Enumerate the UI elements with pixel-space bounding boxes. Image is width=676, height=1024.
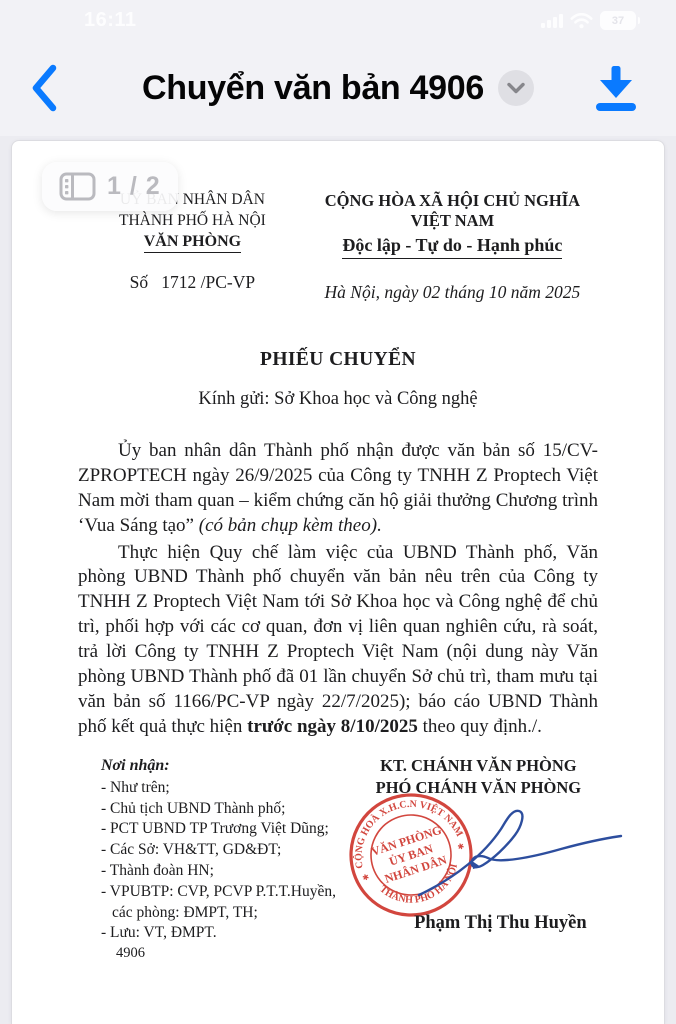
recipient-item: - Các Sở: VH&TT, GD&ĐT; bbox=[101, 840, 359, 861]
document-number: Số 1712 /PC-VP bbox=[78, 272, 307, 293]
page-indicator-text: 1 / 2 bbox=[107, 172, 161, 201]
back-button[interactable] bbox=[26, 62, 66, 114]
national-motto-block: CỘNG HÒA XÃ HỘI CHỦ NGHĨA VIỆT NAM Độc l… bbox=[307, 191, 598, 303]
download-button[interactable] bbox=[590, 64, 642, 114]
handwritten-signature bbox=[411, 801, 627, 903]
chevron-left-icon bbox=[26, 62, 66, 114]
wifi-icon bbox=[570, 13, 593, 29]
document-page: UỶ BAN NHÂN DÂN THÀNH PHỐ HÀ NỘI VĂN PHÒ… bbox=[11, 140, 665, 1024]
recipient-item: - PCT UBND TP Trương Việt Dũng; bbox=[101, 819, 359, 840]
recipient-item: - Lưu: VT, ĐMPT. bbox=[101, 923, 359, 944]
status-icons: 37 bbox=[541, 11, 636, 30]
recipients-block: Nơi nhận: - Như trên; - Chủ tịch UBND Th… bbox=[78, 755, 359, 964]
agency-office: VĂN PHÒNG bbox=[78, 233, 307, 251]
clock: 16:11 bbox=[84, 9, 137, 32]
navigation-bar: Chuyển văn bản 4906 bbox=[0, 40, 676, 136]
thumbnails-icon bbox=[59, 172, 96, 201]
cellular-signal-icon bbox=[541, 13, 563, 28]
recipient-item: - Như trên; bbox=[101, 778, 359, 799]
date-line: Hà Nội, ngày 02 tháng 10 năm 2025 bbox=[307, 282, 598, 303]
document-title-menu[interactable]: Chuyển văn bản 4906 bbox=[142, 69, 534, 108]
agency-city: THÀNH PHỐ HÀ NỘI bbox=[78, 212, 307, 230]
recipient-item: - Thành đoàn HN; bbox=[101, 861, 359, 882]
recipients-label: Nơi nhận: bbox=[101, 755, 359, 776]
title-menu-button[interactable] bbox=[498, 70, 534, 106]
page-title: Chuyển văn bản 4906 bbox=[142, 69, 484, 108]
document-type-title: PHIẾU CHUYỂN bbox=[78, 349, 598, 371]
recipient-item: - VPUBTP: CVP, PCVP P.T.T.Huyền, bbox=[101, 882, 359, 903]
status-bar: 16:11 37 bbox=[0, 0, 676, 40]
battery-icon: 37 bbox=[600, 11, 636, 30]
page-indicator-badge[interactable]: 1 / 2 bbox=[42, 162, 178, 211]
chevron-down-icon bbox=[507, 82, 525, 94]
recipient-item: các phòng: ĐMPT, TH; bbox=[101, 903, 359, 924]
national-title: CỘNG HÒA XÃ HỘI CHỦ NGHĨA VIỆT NAM bbox=[307, 191, 598, 231]
stamp-and-signature: CỘNG HOÀ X.H.C.N VIỆT NAM THÀNH PHỐ HÀ N… bbox=[359, 799, 598, 911]
battery-percent: 37 bbox=[612, 15, 624, 27]
signature-block: KT. CHÁNH VĂN PHÒNG PHÓ CHÁNH VĂN PHÒNG bbox=[359, 755, 598, 964]
recipient-item: - Chủ tịch UBND Thành phố; bbox=[101, 799, 359, 820]
national-motto: Độc lập - Tự do - Hạnh phúc bbox=[307, 235, 598, 256]
signer-authority: KT. CHÁNH VĂN PHÒNG bbox=[359, 755, 598, 777]
body-paragraph-2: Thực hiện Quy chế làm việc của UBND Thàn… bbox=[78, 541, 598, 740]
download-icon bbox=[590, 64, 642, 114]
stamp-star-left: ✱ bbox=[361, 872, 370, 883]
signer-name: Phạm Thị Thu Huyền bbox=[381, 913, 620, 934]
phone-screen: 16:11 37 Chuyển văn bản 4906 bbox=[0, 0, 676, 1024]
salutation: Kính gửi: Sở Khoa học và Công nghệ bbox=[78, 389, 598, 410]
body-paragraph-1: Ủy ban nhân dân Thành phố nhận được văn … bbox=[78, 439, 598, 539]
document-scroll-area[interactable]: 1 / 2 UỶ BAN NHÂN DÂN THÀNH PHỐ HÀ NỘI V… bbox=[0, 136, 676, 1024]
document-code: 4906 bbox=[101, 944, 359, 963]
document-footer: Nơi nhận: - Như trên; - Chủ tịch UBND Th… bbox=[78, 755, 598, 964]
